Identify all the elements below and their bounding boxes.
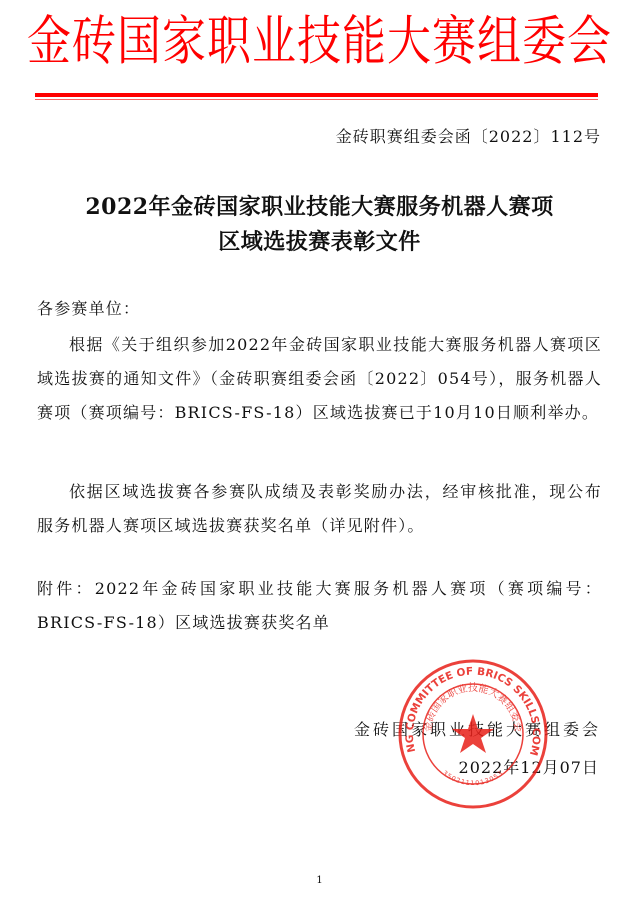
seal-code: 3502111013053 bbox=[441, 769, 505, 787]
svg-text:3502111013053: 3502111013053 bbox=[441, 769, 505, 787]
body-paragraph-2: 依据区域选拔赛各参赛队成绩及表彰奖励办法，经审核批准，现公布服务机器人赛项区域选… bbox=[37, 475, 602, 543]
document-title-line2: 区域选拔赛表彰文件 bbox=[0, 225, 639, 256]
masthead-rule-thin bbox=[35, 99, 598, 100]
page-number: 1 bbox=[0, 875, 639, 886]
document-number: 金砖职赛组委会函〔2022〕112号 bbox=[336, 124, 601, 147]
attachment-note: 附件：2022年金砖国家职业技能大赛服务机器人赛项（赛项编号：BRICS-FS-… bbox=[37, 572, 602, 640]
masthead-rule-thick bbox=[35, 93, 598, 97]
salutation: 各参赛单位： bbox=[37, 292, 602, 326]
body-paragraph-1: 根据《关于组织参加2022年金砖国家职业技能大赛服务机器人赛项区域选拔赛的通知文… bbox=[37, 328, 602, 430]
document-title-line1: 2022年金砖国家职业技能大赛服务机器人赛项 bbox=[0, 190, 639, 221]
official-seal: ORGANIZING COMMITTEE OF BRICS SKILLS COM… bbox=[397, 658, 549, 810]
star-icon bbox=[452, 714, 494, 753]
masthead: 金砖国家职业技能大赛组委会 bbox=[0, 6, 639, 78]
